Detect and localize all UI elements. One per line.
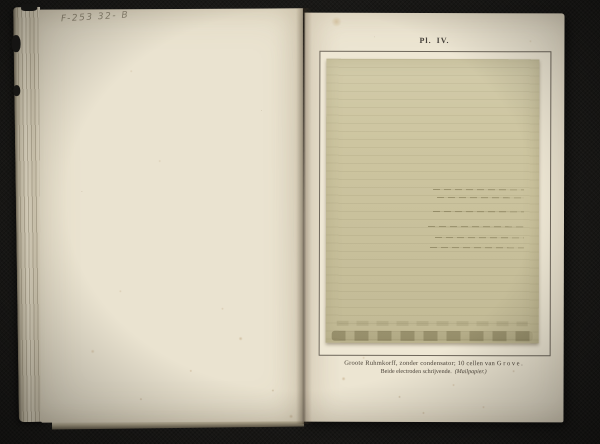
handwritten-shelfmark: F-253 32- B: [61, 10, 130, 24]
caption-text: Groote Ruhmkorff, zonder condensator; 10…: [344, 360, 495, 367]
recording-trace-band: [336, 321, 528, 327]
caption-emphasis: Grove: [497, 360, 521, 367]
caption-note: (Mailpapier.): [455, 369, 487, 375]
edge-chip: [13, 85, 20, 96]
edge-chip: [21, 4, 37, 11]
caption-text: Beide electroden schrijvende.: [381, 369, 452, 375]
book-gutter-shadow: [296, 8, 312, 424]
recording-trace: [433, 211, 525, 212]
caption-line-2: Beide electroden schrijvende.(Mailpapier…: [304, 369, 564, 376]
caption-line-1: Groote Ruhmkorff, zonder condensator; 10…: [304, 360, 564, 368]
caption-text: .: [521, 360, 523, 367]
plate-number-label: Pl. IV.: [304, 36, 564, 46]
recording-trace: [428, 226, 524, 227]
recording-trace: [430, 247, 524, 248]
recording-trace-band: [332, 331, 532, 342]
photo-of-open-book: F-253 32- B Pl. IV. Groote Ruhmkorff, zo…: [0, 0, 600, 444]
specimen-recording-paper: [326, 59, 540, 344]
left-page: F-253 32- B: [39, 8, 305, 422]
recording-trace: [433, 189, 525, 190]
foxing-spots: [39, 8, 305, 422]
edge-chip: [11, 35, 20, 52]
recording-trace: [437, 197, 524, 198]
right-page: Pl. IV. Groote Ruhmkorff, zonder condens…: [303, 13, 564, 423]
plate-caption: Groote Ruhmkorff, zonder condensator; 10…: [304, 360, 564, 376]
plate-frame: [319, 51, 552, 357]
recording-trace: [435, 237, 524, 238]
